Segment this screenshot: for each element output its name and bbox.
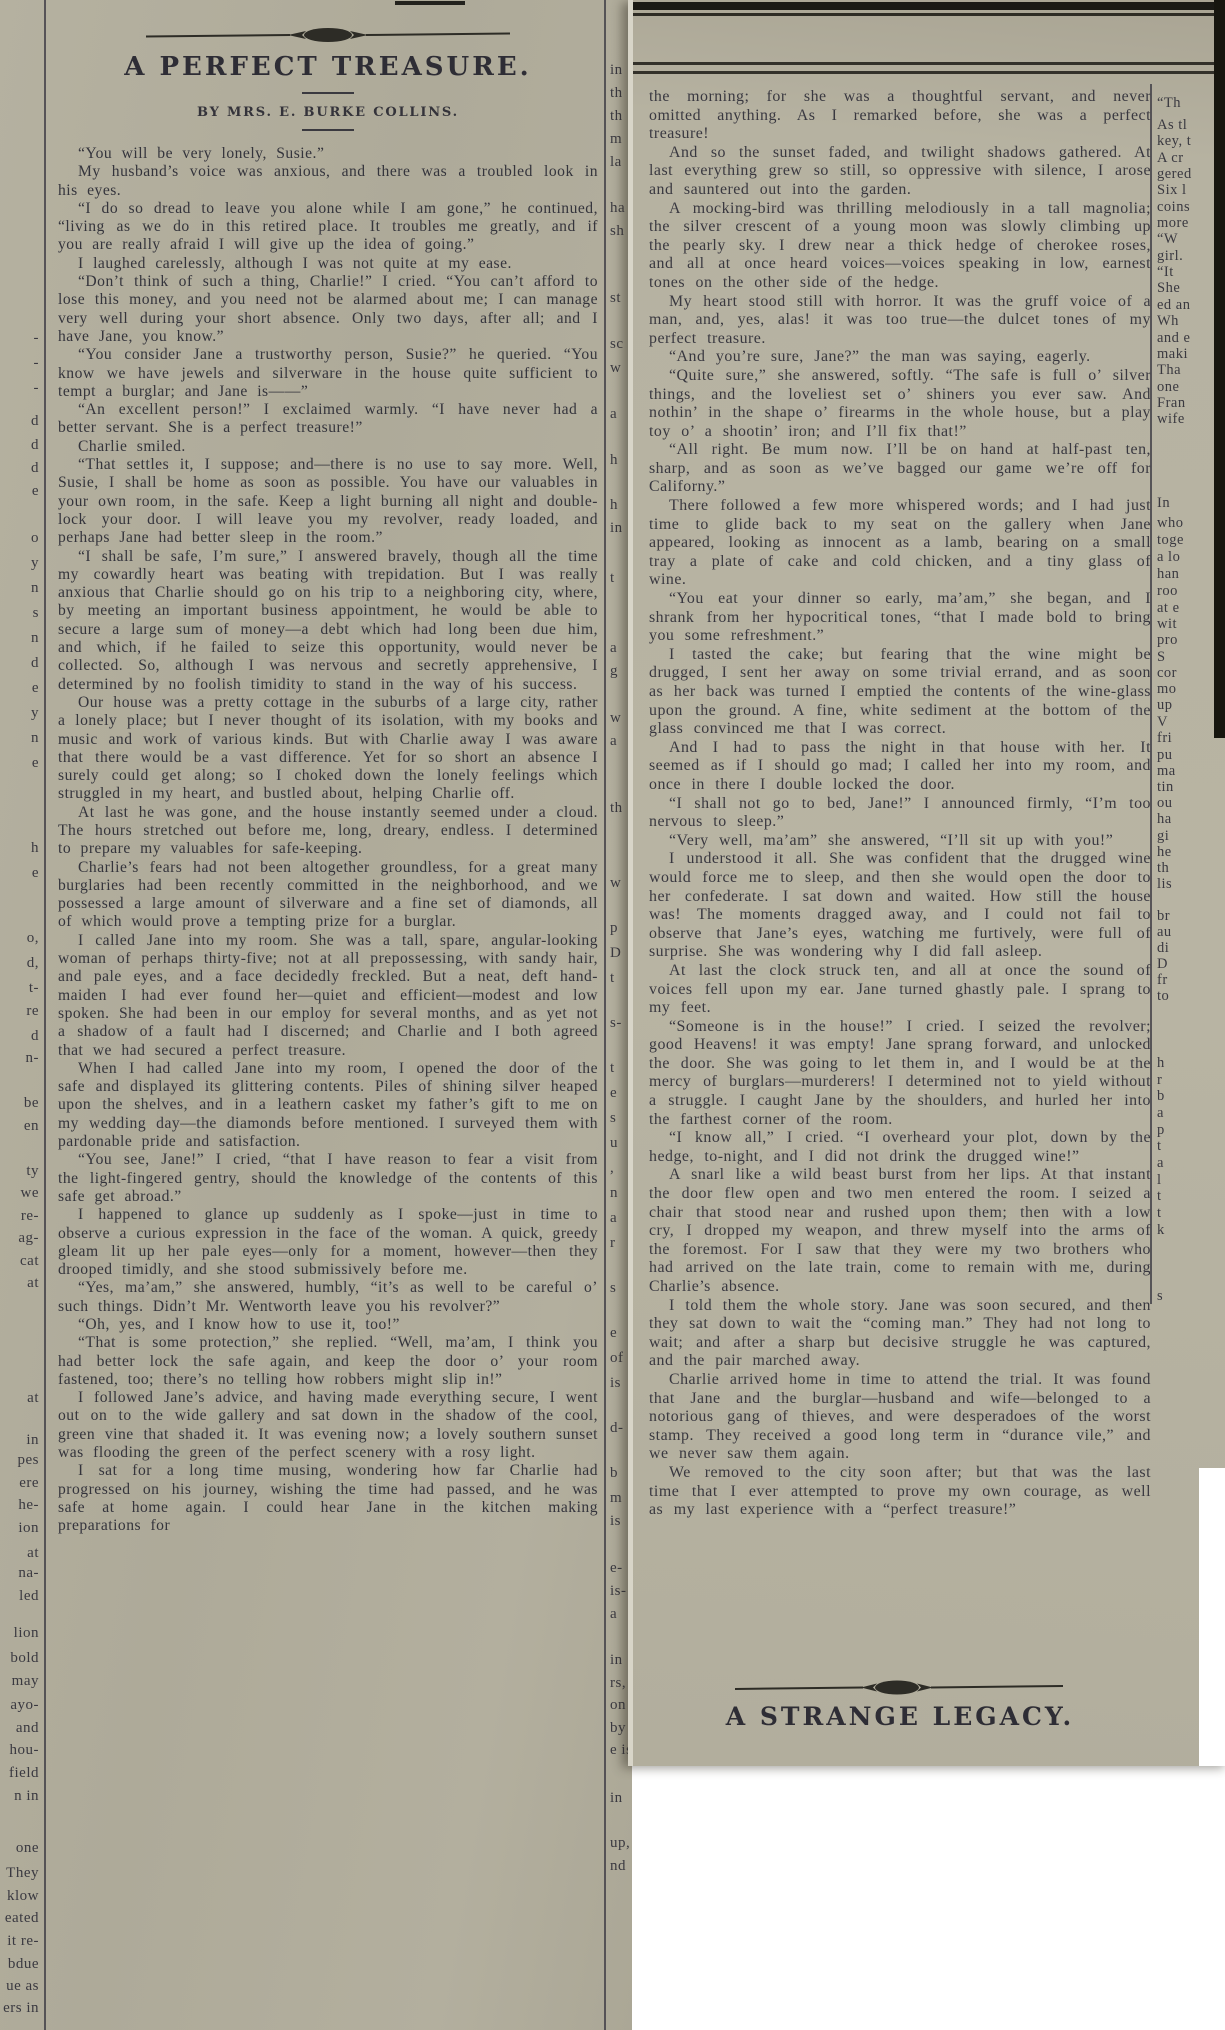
divider-ornament-icon — [138, 26, 518, 44]
column-fragment-text: t — [610, 570, 615, 587]
column-fragment-text: is — [610, 1375, 621, 1392]
column-fragment-text: t — [1157, 1138, 1162, 1155]
column-fragment-text: ers in — [3, 2000, 39, 2017]
column-fragment-text: b — [1157, 1088, 1165, 1105]
column-fragment-text: o, — [27, 930, 39, 947]
story-paragraph: “You see, Jane!” I cried, “that I have r… — [58, 1151, 598, 1206]
column-fragment-text: in — [26, 1432, 39, 1449]
column-divider-rule — [1150, 84, 1152, 1304]
column-fragment-text: nd — [610, 1858, 626, 1875]
column-fragment-text: e — [610, 1085, 617, 1102]
column-fragment-text: wit — [1157, 616, 1177, 633]
story-paragraph: I happened to glance up suddenly as I sp… — [58, 1206, 598, 1279]
column-fragment-text: maki — [1157, 346, 1188, 363]
story-paragraph: “Very well, ma’am” she answered, “I’ll s… — [649, 832, 1151, 851]
story-paragraph: Charlie’s fears had not been altogether … — [58, 859, 598, 932]
story-paragraph: And I had to pass the night in that hous… — [649, 739, 1151, 795]
column-top-rule — [633, 62, 1225, 65]
column-fragment-text: au — [1157, 924, 1172, 941]
story-paragraph: I followed Jane’s advice, and having mad… — [58, 1389, 598, 1462]
story-paragraph: I tasted the cake; but fearing that the … — [649, 646, 1151, 739]
column-fragment-text: n — [31, 580, 39, 597]
column-fragment-text: e — [610, 1325, 617, 1342]
column-fragment-text: a — [1157, 1155, 1164, 1172]
story-paragraph: “You consider Jane a trustworthy person,… — [58, 346, 598, 401]
column-fragment-text: lis — [1157, 876, 1172, 893]
story-column-left: A PERFECT TREASURE. BY MRS. E. BURKE COL… — [58, 0, 598, 1536]
column-fragment-text: d — [31, 460, 39, 477]
column-fragment-text: h — [31, 840, 39, 857]
story-paragraph: “I do so dread to leave you alone while … — [58, 200, 598, 255]
column-fragment-text: is — [610, 1513, 621, 1530]
column-fragment-text: p — [610, 920, 618, 937]
story-title: A PERFECT TREASURE. — [58, 52, 598, 82]
story-paragraph: I sat for a long time musing, wondering … — [58, 1462, 598, 1535]
column-fragment-text: d — [31, 655, 39, 672]
column-fragment-text: h — [610, 497, 618, 514]
column-fragment-text: at e — [1157, 600, 1180, 617]
column-fragment-text: ty — [26, 1163, 39, 1180]
story-paragraph: “That is some protection,” she replied. … — [58, 1334, 598, 1389]
column-fragment-text: Wh — [1157, 313, 1179, 330]
column-fragment-text: s — [610, 1110, 616, 1127]
column-fragment-text: in — [610, 1790, 623, 1807]
column-fragment-text: s — [1157, 1288, 1163, 1305]
column-fragment-text: la — [610, 154, 622, 171]
column-fragment-text: ag- — [18, 1230, 39, 1247]
column-fragment-text: w — [610, 710, 621, 727]
column-fragment-text: n- — [26, 1050, 40, 1067]
story-paragraph: My husband’s voice was anxious, and ther… — [58, 163, 598, 200]
column-fragment-text: l — [1157, 1172, 1162, 1189]
column-fragment-text: fr — [1157, 972, 1168, 989]
column-fragment-text: Tha — [1157, 362, 1181, 379]
story-paragraph: “I know all,” I cried. “I overheard your… — [649, 1129, 1151, 1166]
column-fragment-text: a — [610, 1210, 617, 1227]
column-fragment-text: led — [19, 1588, 39, 1605]
story-paragraph: My heart stood still with horror. It was… — [649, 293, 1151, 349]
column-fragment-text: - — [34, 380, 40, 397]
column-fragment-text: t — [1157, 1188, 1162, 1205]
column-divider-rule — [44, 0, 46, 2030]
column-fragment-text: re- — [21, 1208, 39, 1225]
column-fragment-text: mo — [1157, 681, 1177, 698]
column-fragment-text: wife — [1157, 411, 1185, 428]
next-story-title: A STRANGE LEGACY. — [649, 1702, 1151, 1731]
column-fragment-text: th — [610, 800, 623, 817]
column-fragment-text: eated — [5, 1910, 39, 1927]
column-fragment-text: e — [32, 483, 39, 500]
masthead-rule-thin — [633, 13, 1225, 16]
column-fragment-text: In — [1157, 495, 1170, 512]
column-fragment-text: As tl — [1157, 117, 1187, 134]
left-scan-piece: ---dddeoynsndeyneheo,d,t-redn-beentywere… — [0, 0, 632, 2030]
column-fragment-text: n — [610, 1185, 618, 1202]
column-fragment-text: p — [1157, 1122, 1165, 1139]
column-fragment-text: th — [1157, 860, 1169, 877]
column-fragment-text: s- — [610, 1015, 622, 1032]
story-paragraph: Our house was a pretty cottage in the su… — [58, 694, 598, 804]
column-fragment-text: on — [610, 1697, 626, 1714]
column-fragment-text: in — [610, 62, 623, 79]
column-fragment-text: “It — [1157, 264, 1174, 281]
story-paragraph: “And you’re sure, Jane?” the man was say… — [649, 348, 1151, 367]
story-paragraph: “Quite sure,” she answered, softly. “The… — [649, 367, 1151, 441]
column-fragment-text: d — [31, 413, 39, 430]
column-fragment-text: m — [610, 1490, 622, 1507]
story-body-left: “You will be very lonely, Susie.”My husb… — [58, 145, 598, 1536]
column-fragment-text: tin — [1157, 779, 1174, 796]
column-fragment-text: st — [610, 290, 621, 307]
story-paragraph: At last he was gone, and the house insta… — [58, 804, 598, 859]
column-fragment-text: han — [1157, 566, 1179, 583]
column-fragment-text: a — [610, 1606, 617, 1623]
column-fragment-text: a — [610, 640, 617, 657]
column-fragment-text: na- — [18, 1565, 39, 1582]
column-fragment-text: V — [1157, 714, 1168, 731]
column-fragment-text: ion — [18, 1520, 39, 1537]
column-fragment-text: br — [1157, 908, 1170, 925]
column-fragment-text: and — [16, 1720, 39, 1737]
column-fragment-text: up — [1157, 697, 1173, 714]
column-fragment-text: b — [610, 1465, 618, 1482]
column-fragment-text: may — [12, 1673, 39, 1690]
column-fragment-text: ere — [19, 1475, 39, 1492]
story-paragraph: Charlie smiled. — [58, 438, 598, 456]
column-fragment-text: w — [610, 875, 621, 892]
column-fragment-text: A cr — [1157, 150, 1184, 167]
right-scan-piece: the morning; for she was a thoughtful se… — [628, 0, 1225, 1766]
column-fragment-text: d — [31, 1028, 39, 1045]
story-paragraph: Charlie arrived home in time to attend t… — [649, 1371, 1151, 1464]
column-fragment-text: he- — [18, 1497, 39, 1514]
column-fragment-text: d- — [610, 1420, 624, 1437]
story-paragraph: “That settles it, I suppose; and—there i… — [58, 456, 598, 547]
column-fragment-text: at — [27, 1275, 39, 1292]
column-fragment-text: r — [1157, 1072, 1162, 1089]
story-paragraph: There followed a few more whispered word… — [649, 497, 1151, 590]
story-paragraph: I told them the whole story. Jane was so… — [649, 1297, 1151, 1371]
column-fragment-text: S — [1157, 649, 1166, 666]
column-fragment-text: t- — [29, 980, 39, 997]
column-divider-rule — [604, 0, 606, 2030]
column-fragment-text: gered — [1157, 166, 1192, 183]
story-column-right: the morning; for she was a thoughtful se… — [649, 88, 1151, 1520]
column-fragment-text: r — [610, 1235, 616, 1252]
column-fragment-text: hou- — [10, 1742, 40, 1759]
column-fragment-text: ayo- — [10, 1697, 39, 1714]
column-fragment-text: w — [610, 360, 621, 377]
column-fragment-text: e- — [610, 1560, 623, 1577]
column-fragment-text: roo — [1157, 583, 1178, 600]
column-fragment-text: ma — [1157, 763, 1176, 780]
column-fragment-text: more — [1157, 215, 1189, 232]
column-fragment-text: is- — [610, 1583, 627, 1600]
column-fragment-text: n — [31, 730, 39, 747]
column-fragment-text: ha — [610, 200, 625, 217]
column-fragment-text: y — [31, 555, 39, 572]
column-fragment-text: th — [610, 108, 623, 125]
story-paragraph: “You will be very lonely, Susie.” — [58, 145, 598, 163]
column-fragment-text: a — [1157, 1105, 1164, 1122]
scanned-newspaper-page: ---dddeoynsndeyneheo,d,t-redn-beentywere… — [0, 0, 1225, 2030]
column-fragment-text: it re- — [7, 1933, 39, 1950]
column-fragment-text: s — [33, 605, 39, 622]
masthead-rule-thick — [633, 2, 1225, 10]
column-fragment-text: a — [610, 406, 617, 423]
story-paragraph: “Don’t think of such a thing, Charlie!” … — [58, 273, 598, 346]
column-fragment-text: D — [610, 945, 621, 962]
story-paragraph: “I shall not go to bed, Jane!” I announc… — [649, 795, 1151, 832]
column-fragment-text: g — [610, 663, 618, 680]
column-fragment-text: girl. — [1157, 248, 1183, 265]
column-fragment-text: fri — [1157, 730, 1172, 747]
column-fragment-text: “W — [1157, 231, 1178, 248]
story-paragraph: A mocking-bird was thrilling melodiously… — [649, 200, 1151, 293]
column-fragment-text: up, — [610, 1835, 630, 1852]
column-fragment-text: ue as — [6, 1978, 39, 1995]
column-top-rule — [633, 71, 1225, 74]
column-fragment-text: bold — [10, 1650, 39, 1667]
story-paragraph: I laughed carelessly, although I was not… — [58, 255, 598, 273]
column-fragment-text: u — [610, 1135, 618, 1152]
left-margin-column-fragments: ---dddeoynsndeyneheo,d,t-redn-beentywere… — [0, 0, 44, 2030]
column-fragment-text: rs, — [610, 1675, 626, 1692]
column-fragment-text: o — [31, 530, 39, 547]
column-fragment-text: t — [610, 970, 615, 987]
column-fragment-text: th — [610, 85, 623, 102]
column-fragment-text: pu — [1157, 747, 1173, 764]
story-paragraph: I called Jane into my room. She was a ta… — [58, 932, 598, 1060]
scan-cutoff-corner — [1199, 1468, 1225, 1766]
column-fragment-text: sc — [610, 336, 624, 353]
column-fragment-text: coins — [1157, 199, 1190, 216]
column-fragment-text: cor — [1157, 665, 1177, 682]
story-paragraph: “I shall be safe, I’m sure,” I answered … — [58, 548, 598, 694]
column-fragment-text: di — [1157, 940, 1169, 957]
column-fragment-text: “Th — [1157, 95, 1181, 112]
column-fragment-text: one — [1157, 379, 1179, 396]
story-paragraph: We removed to the city soon after; but t… — [649, 1464, 1151, 1520]
column-fragment-text: - — [34, 330, 40, 347]
column-fragment-text: t — [610, 1060, 615, 1077]
column-fragment-text: e — [32, 680, 39, 697]
column-fragment-text: toge — [1157, 532, 1184, 549]
column-fragment-text: a — [610, 733, 617, 750]
column-fragment-text: h — [1157, 1055, 1165, 1072]
story-paragraph: the morning; for she was a thoughtful se… — [649, 88, 1151, 144]
story-paragraph: And so the sunset faded, and twilight sh… — [649, 144, 1151, 200]
column-fragment-text: key, t — [1157, 133, 1191, 150]
story-paragraph: “You eat your dinner so early, ma’am,” s… — [649, 590, 1151, 646]
column-fragment-text: Fran — [1157, 395, 1186, 412]
story-byline: BY MRS. E. BURKE COLLINS. — [58, 105, 598, 120]
scanner-edge-strip — [1214, 0, 1225, 738]
story-paragraph: “All right. Be mum now. I’ll be on hand … — [649, 441, 1151, 497]
column-fragment-text: to — [1157, 988, 1169, 1005]
column-fragment-text: klow — [7, 1888, 39, 1905]
column-fragment-text: gi — [1157, 828, 1169, 845]
column-fragment-text: one — [16, 1840, 39, 1857]
column-fragment-text: s — [610, 1280, 616, 1297]
column-fragment-text: - — [34, 355, 40, 372]
story-paragraph: A snarl like a wild beast burst from her… — [649, 1166, 1151, 1296]
column-fragment-text: ha — [1157, 811, 1172, 828]
column-fragment-text: k — [1157, 1222, 1165, 1239]
column-fragment-text: field — [9, 1765, 39, 1782]
column-fragment-text: in — [610, 520, 623, 537]
column-fragment-text: a lo — [1157, 549, 1180, 566]
story-paragraph: At last the clock struck ten, and all at… — [649, 962, 1151, 1018]
column-fragment-text: h — [610, 452, 618, 469]
column-fragment-text: t — [1157, 1205, 1162, 1222]
column-fragment-text: , — [610, 1160, 614, 1177]
column-fragment-text: n in — [14, 1788, 39, 1805]
column-fragment-text: Six l — [1157, 182, 1187, 199]
column-fragment-text: who — [1157, 515, 1183, 532]
title-divider-rule — [302, 92, 354, 94]
column-fragment-text: d, — [27, 955, 39, 972]
column-fragment-text: lion — [14, 1625, 39, 1642]
column-fragment-text: bdue — [8, 1956, 39, 1973]
column-fragment-text: of — [610, 1350, 624, 1367]
column-fragment-text: en — [24, 1118, 39, 1135]
column-fragment-text: pro — [1157, 632, 1178, 649]
story-paragraph: “Oh, yes, and I know how to use it, too!… — [58, 1316, 598, 1334]
column-fragment-text: ed an — [1157, 297, 1191, 314]
column-fragment-text: we — [21, 1185, 40, 1202]
column-fragment-text: She — [1157, 280, 1180, 297]
story-paragraph: “An excellent person!” I exclaimed warml… — [58, 401, 598, 438]
column-fragment-text: at — [27, 1545, 39, 1562]
column-fragment-text: d — [31, 437, 39, 454]
column-fragment-text: re — [26, 1003, 39, 1020]
column-fragment-text: be — [24, 1095, 39, 1112]
column-fragment-text: ou — [1157, 795, 1173, 812]
byline-divider-rule — [302, 129, 354, 131]
divider-ornament-icon — [729, 1678, 1069, 1696]
column-fragment-text: and e — [1157, 330, 1191, 347]
column-fragment-text: n — [31, 630, 39, 647]
column-fragment-text: by — [610, 1720, 626, 1737]
story-paragraph: “Someone is in the house!” I cried. I se… — [649, 1018, 1151, 1130]
column-fragment-text: m — [610, 131, 622, 148]
top-rule-fragment — [395, 1, 465, 5]
story-paragraph: When I had called Jane into my room, I o… — [58, 1060, 598, 1151]
column-fragment-text: They — [6, 1865, 39, 1882]
story-paragraph: “Yes, ma’am,” she answered, humbly, “it’… — [58, 1279, 598, 1316]
column-fragment-text: at — [27, 1390, 39, 1407]
column-fragment-text: e — [32, 755, 39, 772]
column-fragment-text: y — [31, 705, 39, 722]
column-fragment-text: e — [32, 865, 39, 882]
column-fragment-text: sh — [610, 223, 624, 240]
column-fragment-text: cat — [20, 1253, 39, 1270]
column-fragment-text: he — [1157, 844, 1172, 861]
column-fragment-text: pes — [18, 1452, 40, 1469]
column-fragment-text: D — [1157, 956, 1168, 973]
column-fragment-text: in — [610, 1652, 623, 1669]
story-paragraph: I understood it all. She was confident t… — [649, 850, 1151, 962]
